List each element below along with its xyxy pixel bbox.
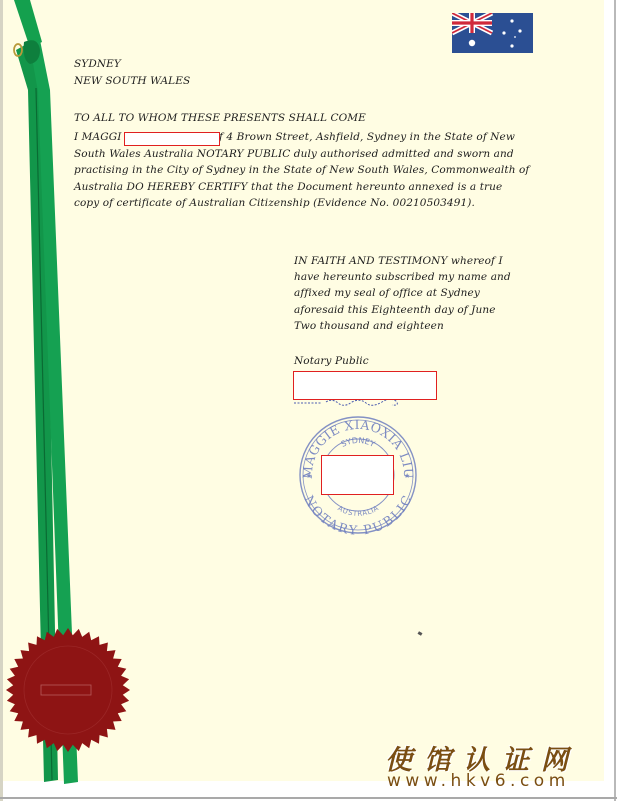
body-line-1b: f 4 Brown Street, Ashfield, Sydney in th… — [219, 129, 515, 146]
scan-edge-bottom — [0, 797, 617, 799]
svg-text:★: ★ — [404, 472, 410, 480]
stamp-inner-bottom: AUSTRALIA — [336, 504, 380, 518]
scan-edge-right — [614, 0, 616, 801]
testimony-line-2: have hereunto subscribed my name and — [294, 269, 511, 286]
svg-text:SYDNEY: SYDNEY — [340, 436, 377, 449]
body-line-2: South Wales Australia NOTARY PUBLIC duly… — [74, 146, 514, 163]
document-heading: TO ALL TO WHOM THESE PRESENTS SHALL COME — [74, 110, 366, 127]
redaction-box-stamp — [321, 455, 394, 495]
testimony-line-5: Two thousand and eighteen — [294, 318, 444, 335]
watermark-url: www.hkv6.com — [387, 771, 570, 791]
body-line-4: Australia DO HEREBY CERTIFY that the Doc… — [74, 179, 502, 196]
testimony-line-1: IN FAITH AND TESTIMONY whereof I — [294, 253, 503, 270]
testimony-line-3: affixed my seal of office at Sydney — [294, 285, 480, 302]
signature-label: Notary Public — [294, 353, 369, 370]
svg-text:★: ★ — [306, 472, 312, 480]
body-line-5: copy of certificate of Australian Citize… — [74, 195, 475, 212]
testimony-line-4: aforesaid this Eighteenth day of June — [294, 302, 496, 319]
body-line-3: practising in the City of Sydney in the … — [74, 162, 529, 179]
stamp-inner-top: SYDNEY — [340, 436, 377, 449]
watermark: 使馆认证网 www.hkv6.com — [385, 738, 605, 793]
svg-text:AUSTRALIA: AUSTRALIA — [336, 504, 380, 518]
australian-flag-icon — [452, 13, 533, 53]
wax-seal-icon — [3, 627, 133, 752]
redaction-box-signature — [293, 371, 437, 400]
redaction-box-name — [124, 132, 220, 146]
